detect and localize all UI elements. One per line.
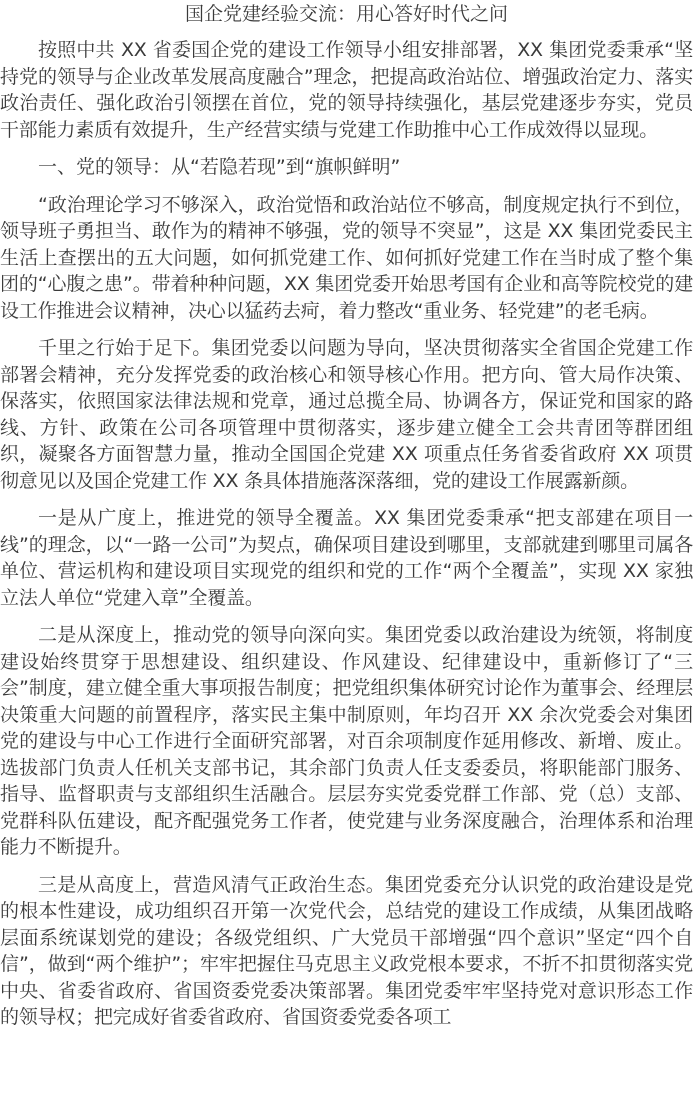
paragraph-intro: 按照中共 XX 省委国企党的建设工作领导小组安排部署，XX 集团党委秉承“坚持党… xyxy=(0,37,693,143)
document-title: 国企党建经验交流：用心答好时代之问 xyxy=(0,1,693,27)
paragraph: 三是从高度上，营造风清气正政治生态。集团党委充分认识党的政治建设是党的根本性建设… xyxy=(0,872,693,1031)
paragraph: 二是从深度上，推动党的领导向深向实。集团党委以政治建设为统领，将制度建设始终贯穿… xyxy=(0,622,693,861)
paragraph: “政治理论学习不够深入，政治觉悟和政治站位不够高，制度规定执行不到位，领导班子勇… xyxy=(0,192,693,325)
section-heading: 一、党的领导：从“若隐若现”到“旗帜鲜明” xyxy=(0,154,693,181)
paragraph: 千里之行始于足下。集团党委以问题为导向，坚决贯彻落实全省国企党建工作部署会精神，… xyxy=(0,335,693,494)
paragraph: 一是从广度上，推进党的领导全覆盖。XX 集团党委秉承“把支部建在项目一线”的理念… xyxy=(0,505,693,611)
document: 国企党建经验交流：用心答好时代之问 按照中共 XX 省委国企党的建设工作领导小组… xyxy=(0,1,693,1031)
